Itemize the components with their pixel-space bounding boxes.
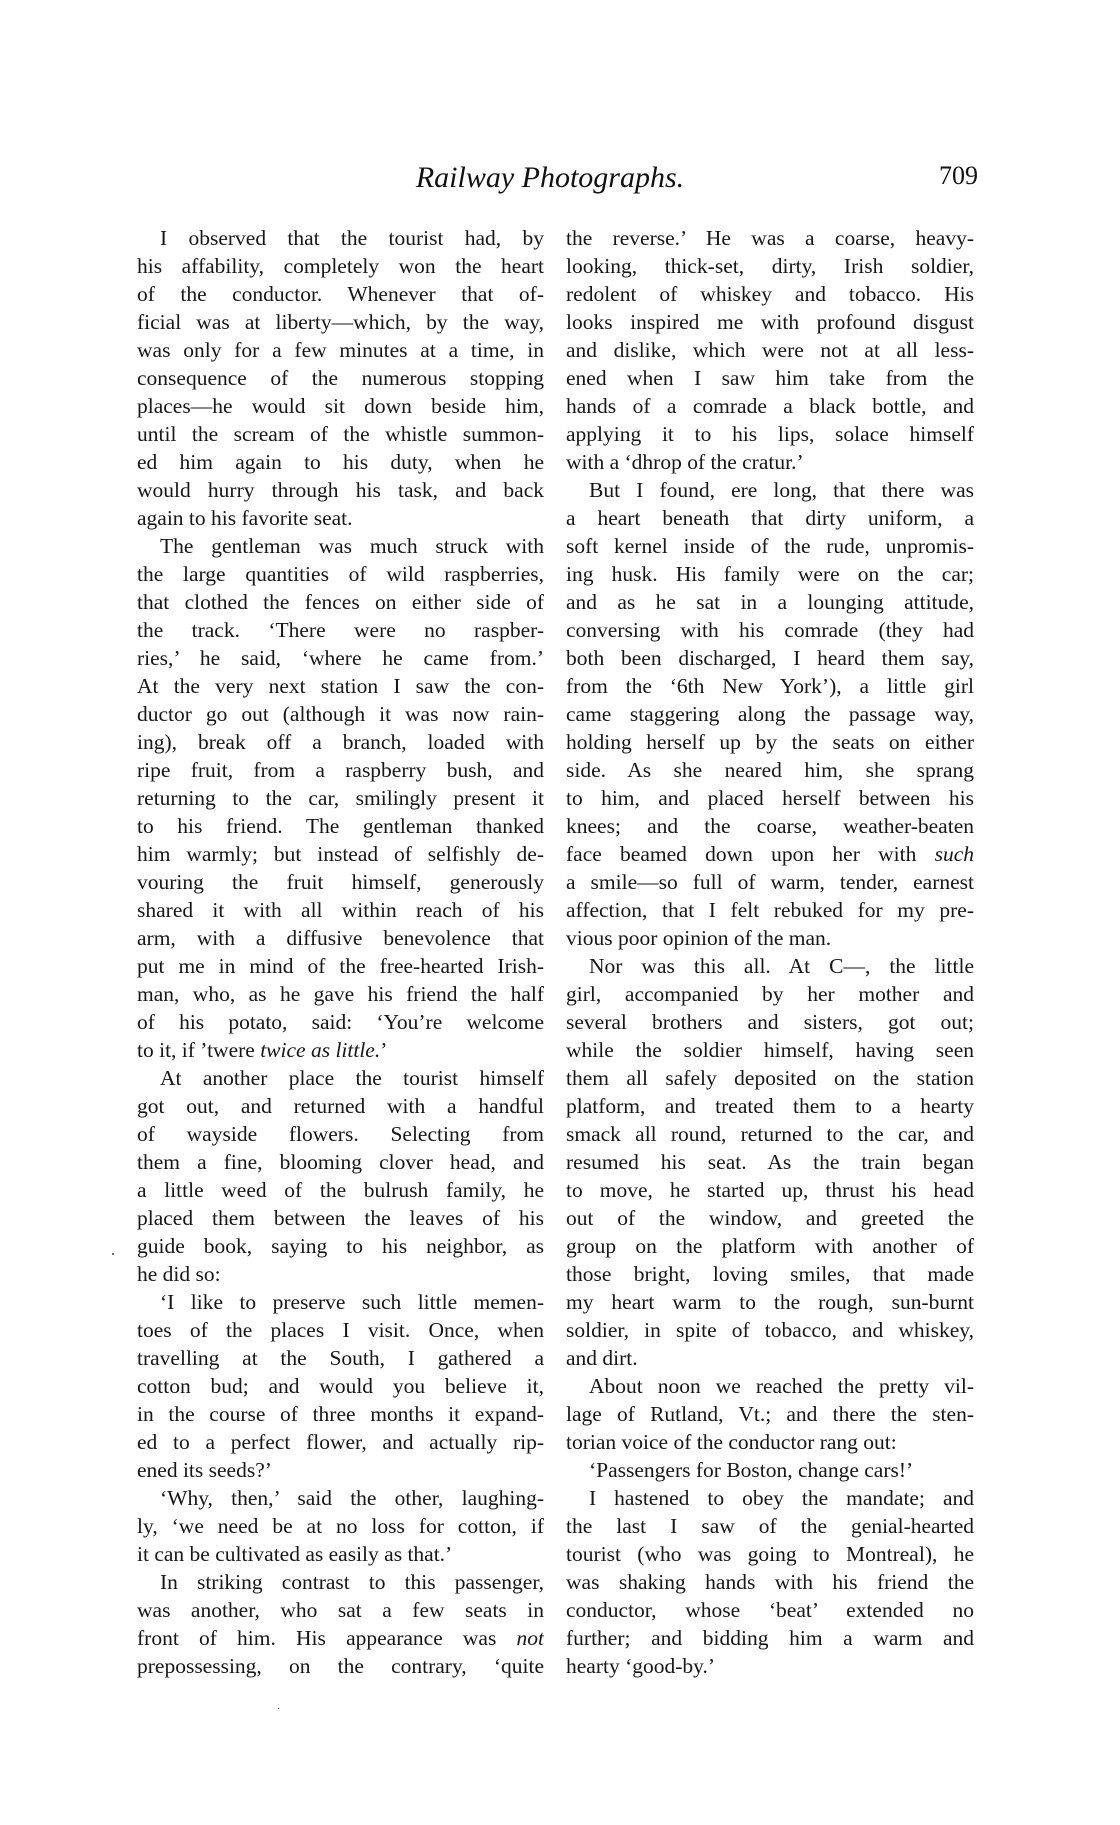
- right-text-line: out of the window, and greeted the: [566, 1204, 974, 1232]
- left-text-line: it can be cultivated as easily as that.’: [137, 1540, 544, 1568]
- right-text-line: I hastened to obey the mandate; and: [566, 1484, 974, 1512]
- left-text-line: ened its seeds?’: [137, 1456, 544, 1484]
- right-text-line: a smile—so full of warm, tender, earnest: [566, 868, 974, 896]
- right-text-line: looks inspired me with profound disgust: [566, 308, 974, 336]
- right-text-line: the last I saw of the genial-hearted: [566, 1512, 974, 1540]
- left-text-line: vouring the fruit himself, generously: [137, 868, 544, 896]
- right-text-line: soldier, in spite of tobacco, and whiske…: [566, 1316, 974, 1344]
- right-text-line: lage of Rutland, Vt.; and there the sten…: [566, 1400, 974, 1428]
- right-text-line: platform, and treated them to a hearty: [566, 1092, 974, 1120]
- right-text-line: with a ‘dhrop of the cratur.’: [566, 448, 974, 476]
- italic-emphasis: not: [517, 1626, 544, 1650]
- right-text-line: conductor, whose ‘beat’ extended no: [566, 1596, 974, 1624]
- right-text-line: those bright, loving smiles, that made: [566, 1260, 974, 1288]
- left-text-line: again to his favorite seat.: [137, 504, 544, 532]
- left-text-line: to his friend. The gentleman thanked: [137, 812, 544, 840]
- right-text-line: face beamed down upon her with such: [566, 840, 974, 868]
- left-text-line: In striking contrast to this passenger,: [137, 1568, 544, 1596]
- right-text-line: hearty ‘good-by.’: [566, 1652, 974, 1680]
- left-text-line: man, who, as he gave his friend the half: [137, 980, 544, 1008]
- right-text-line: About noon we reached the pretty vil-: [566, 1372, 974, 1400]
- left-text-line: toes of the places I visit. Once, when: [137, 1316, 544, 1344]
- left-text-line: consequence of the numerous stopping: [137, 364, 544, 392]
- right-text-line: resumed his seat. As the train began: [566, 1148, 974, 1176]
- left-text-line: guide book, saying to his neighbor, as: [137, 1232, 544, 1260]
- left-text-line: ripe fruit, from a raspberry bush, and: [137, 756, 544, 784]
- left-text-line: placed them between the leaves of his: [137, 1204, 544, 1232]
- page-number: 709: [918, 160, 978, 192]
- right-text-line: applying it to his lips, solace himself: [566, 420, 974, 448]
- right-text-line: holding herself up by the seats on eithe…: [566, 728, 974, 756]
- left-text-line: ing), break off a branch, loaded with: [137, 728, 544, 756]
- right-text-line: But I found, ere long, that there was: [566, 476, 974, 504]
- left-text-line: I observed that the tourist had, by: [137, 224, 544, 252]
- right-text-line: and dislike, which were not at all less-: [566, 336, 974, 364]
- right-text-line: tourist (who was going to Montreal), he: [566, 1540, 974, 1568]
- left-text-line: to it, if ’twere twice as little.’: [137, 1036, 544, 1064]
- left-text-line: The gentleman was much struck with: [137, 532, 544, 560]
- right-text-line: Nor was this all. At C—, the little: [566, 952, 974, 980]
- left-text-line: of his potato, said: ‘You’re welcome: [137, 1008, 544, 1036]
- left-text-line: ficial was at liberty—which, by the way,: [137, 308, 544, 336]
- right-text-line: looking, thick-set, dirty, Irish soldier…: [566, 252, 974, 280]
- left-text-line: ‘I like to preserve such little memen-: [137, 1288, 544, 1316]
- left-text-line: At the very next station I saw the con-: [137, 672, 544, 700]
- right-text-line: vious poor opinion of the man.: [566, 924, 974, 952]
- left-text-line: arm, with a diffusive benevolence that: [137, 924, 544, 952]
- right-text-line: girl, accompanied by her mother and: [566, 980, 974, 1008]
- right-text-line: was shaking hands with his friend the: [566, 1568, 974, 1596]
- left-text-line: the large quantities of wild raspberries…: [137, 560, 544, 588]
- right-text-line: while the soldier himself, having seen: [566, 1036, 974, 1064]
- left-text-line: travelling at the South, I gathered a: [137, 1344, 544, 1372]
- print-speck: [278, 1708, 279, 1709]
- right-text-line: the reverse.’ He was a coarse, heavy-: [566, 224, 974, 252]
- left-text-line: that clothed the fences on either side o…: [137, 588, 544, 616]
- left-text-line: was another, who sat a few seats in: [137, 1596, 544, 1624]
- right-text-line: side. As she neared him, she sprang: [566, 756, 974, 784]
- right-text-line: affection, that I felt rebuked for my pr…: [566, 896, 974, 924]
- book-page: Railway Photographs. 709 I observed that…: [0, 0, 1120, 1825]
- right-text-line: came staggering along the passage way,: [566, 700, 974, 728]
- print-speck: [112, 1253, 114, 1255]
- left-text-line: ries,’ he said, ‘where he came from.’: [137, 644, 544, 672]
- right-text-line: ‘Passengers for Boston, change cars!’: [566, 1456, 974, 1484]
- right-text-line: my heart warm to the rough, sun-burnt: [566, 1288, 974, 1316]
- left-text-line: returning to the car, smilingly present …: [137, 784, 544, 812]
- right-text-line: a heart beneath that dirty uniform, a: [566, 504, 974, 532]
- left-text-line: shared it with all within reach of his: [137, 896, 544, 924]
- left-text-line: ‘Why, then,’ said the other, laughing-: [137, 1484, 544, 1512]
- right-text-line: torian voice of the conductor rang out:: [566, 1428, 974, 1456]
- left-text-line: cotton bud; and would you believe it,: [137, 1372, 544, 1400]
- left-text-line: got out, and returned with a handful: [137, 1092, 544, 1120]
- italic-emphasis: such: [935, 842, 974, 866]
- right-text-line: conversing with his comrade (they had: [566, 616, 974, 644]
- left-text-line: the track. ‘There were no raspber-: [137, 616, 544, 644]
- right-text-line: them all safely deposited on the station: [566, 1064, 974, 1092]
- right-text-line: to him, and placed herself between his: [566, 784, 974, 812]
- right-text-line: ened when I saw him take from the: [566, 364, 974, 392]
- right-column: the reverse.’ He was a coarse, heavy-loo…: [566, 224, 974, 1680]
- left-text-line: would hurry through his task, and back: [137, 476, 544, 504]
- left-text-line: ed to a perfect flower, and actually rip…: [137, 1428, 544, 1456]
- right-text-line: knees; and the coarse, weather-beaten: [566, 812, 974, 840]
- right-text-line: several brothers and sisters, got out;: [566, 1008, 974, 1036]
- left-text-line: his affability, completely won the heart: [137, 252, 544, 280]
- right-text-line: from the ‘6th New York’), a little girl: [566, 672, 974, 700]
- left-text-line: put me in mind of the free-hearted Irish…: [137, 952, 544, 980]
- left-text-line: was only for a few minutes at a time, in: [137, 336, 544, 364]
- left-text-line: At another place the tourist himself: [137, 1064, 544, 1092]
- italic-emphasis: twice as little.: [260, 1038, 380, 1062]
- left-text-line: in the course of three months it expand-: [137, 1400, 544, 1428]
- running-title: Railway Photographs.: [380, 160, 720, 196]
- left-text-line: a little weed of the bulrush family, he: [137, 1176, 544, 1204]
- right-text-line: group on the platform with another of: [566, 1232, 974, 1260]
- left-text-line: of the conductor. Whenever that of-: [137, 280, 544, 308]
- right-text-line: soft kernel inside of the rude, unpromis…: [566, 532, 974, 560]
- right-text-line: smack all round, returned to the car, an…: [566, 1120, 974, 1148]
- left-text-line: ed him again to his duty, when he: [137, 448, 544, 476]
- right-text-line: further; and bidding him a warm and: [566, 1624, 974, 1652]
- right-text-line: hands of a comrade a black bottle, and: [566, 392, 974, 420]
- left-text-line: places—he would sit down beside him,: [137, 392, 544, 420]
- left-text-line: prepossessing, on the contrary, ‘quite: [137, 1652, 544, 1680]
- left-text-line: he did so:: [137, 1260, 544, 1288]
- right-text-line: and dirt.: [566, 1344, 974, 1372]
- left-text-line: until the scream of the whistle summon-: [137, 420, 544, 448]
- right-text-line: redolent of whiskey and tobacco. His: [566, 280, 974, 308]
- right-text-line: and as he sat in a lounging attitude,: [566, 588, 974, 616]
- left-text-line: ly, ‘we need be at no loss for cotton, i…: [137, 1512, 544, 1540]
- left-text-line: them a fine, blooming clover head, and: [137, 1148, 544, 1176]
- right-text-line: to move, he started up, thrust his head: [566, 1176, 974, 1204]
- left-text-line: ductor go out (although it was now rain-: [137, 700, 544, 728]
- left-text-line: him warmly; but instead of selfishly de-: [137, 840, 544, 868]
- left-text-line: front of him. His appearance was not: [137, 1624, 544, 1652]
- left-text-line: of wayside flowers. Selecting from: [137, 1120, 544, 1148]
- right-text-line: both been discharged, I heard them say,: [566, 644, 974, 672]
- left-column: I observed that the tourist had, byhis a…: [137, 224, 544, 1680]
- right-text-line: ing husk. His family were on the car;: [566, 560, 974, 588]
